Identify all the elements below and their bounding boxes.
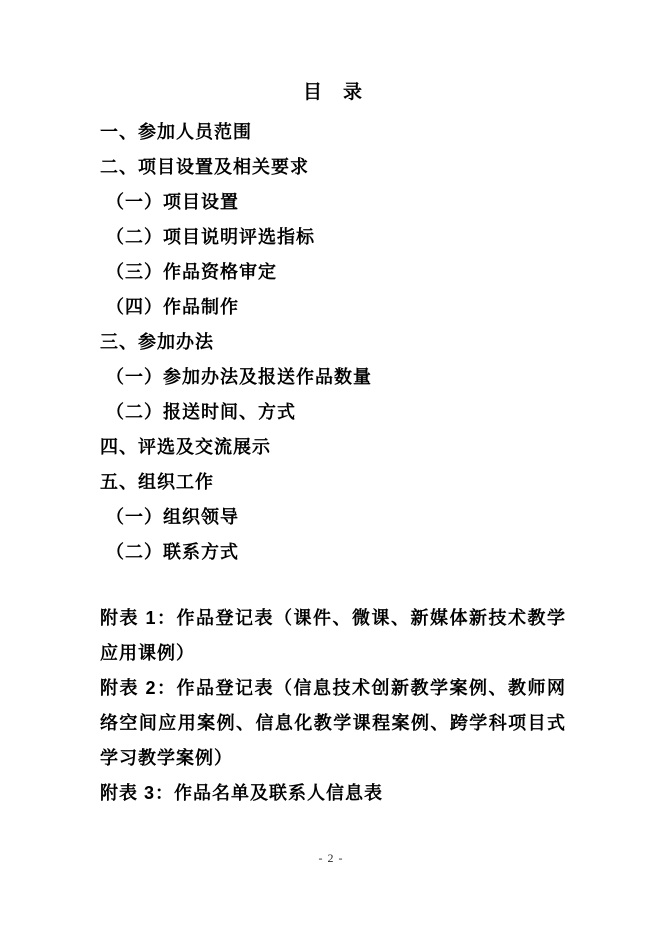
appendix-item: 附表 3：作品名单及联系人信息表 — [100, 776, 566, 811]
toc-item: （二）项目说明评选指标 — [100, 220, 566, 255]
document-page: 目 录 一、参加人员范围 二、项目设置及相关要求 （一）项目设置 （二）项目说明… — [0, 0, 662, 936]
appendix-list: 附表 1：作品登记表（课件、微课、新媒体新技术教学应用课例） 附表 2：作品登记… — [100, 601, 566, 811]
toc-item: （三）作品资格审定 — [100, 255, 566, 290]
appendix-item: 附表 2：作品登记表（信息技术创新教学案例、教师网络空间应用案例、信息化教学课程… — [100, 671, 566, 776]
toc-item: （一）项目设置 — [100, 185, 566, 220]
appendix-item: 附表 1：作品登记表（课件、微课、新媒体新技术教学应用课例） — [100, 601, 566, 671]
toc-item: （一）组织领导 — [100, 500, 566, 535]
toc-item: 三、参加办法 — [100, 325, 566, 360]
toc-item: 五、组织工作 — [100, 465, 566, 500]
table-of-contents: 一、参加人员范围 二、项目设置及相关要求 （一）项目设置 （二）项目说明评选指标… — [100, 115, 566, 570]
page-title: 目 录 — [100, 80, 566, 106]
toc-item: 四、评选及交流展示 — [100, 430, 566, 465]
document-content: 目 录 一、参加人员范围 二、项目设置及相关要求 （一）项目设置 （二）项目说明… — [100, 80, 566, 811]
toc-item: （四）作品制作 — [100, 290, 566, 325]
toc-item: （二）报送时间、方式 — [100, 395, 566, 430]
toc-item: 一、参加人员范围 — [100, 115, 566, 150]
page-number: - 2 - — [0, 851, 662, 866]
toc-item: 二、项目设置及相关要求 — [100, 150, 566, 185]
toc-item: （二）联系方式 — [100, 535, 566, 570]
toc-item: （一）参加办法及报送作品数量 — [100, 360, 566, 395]
